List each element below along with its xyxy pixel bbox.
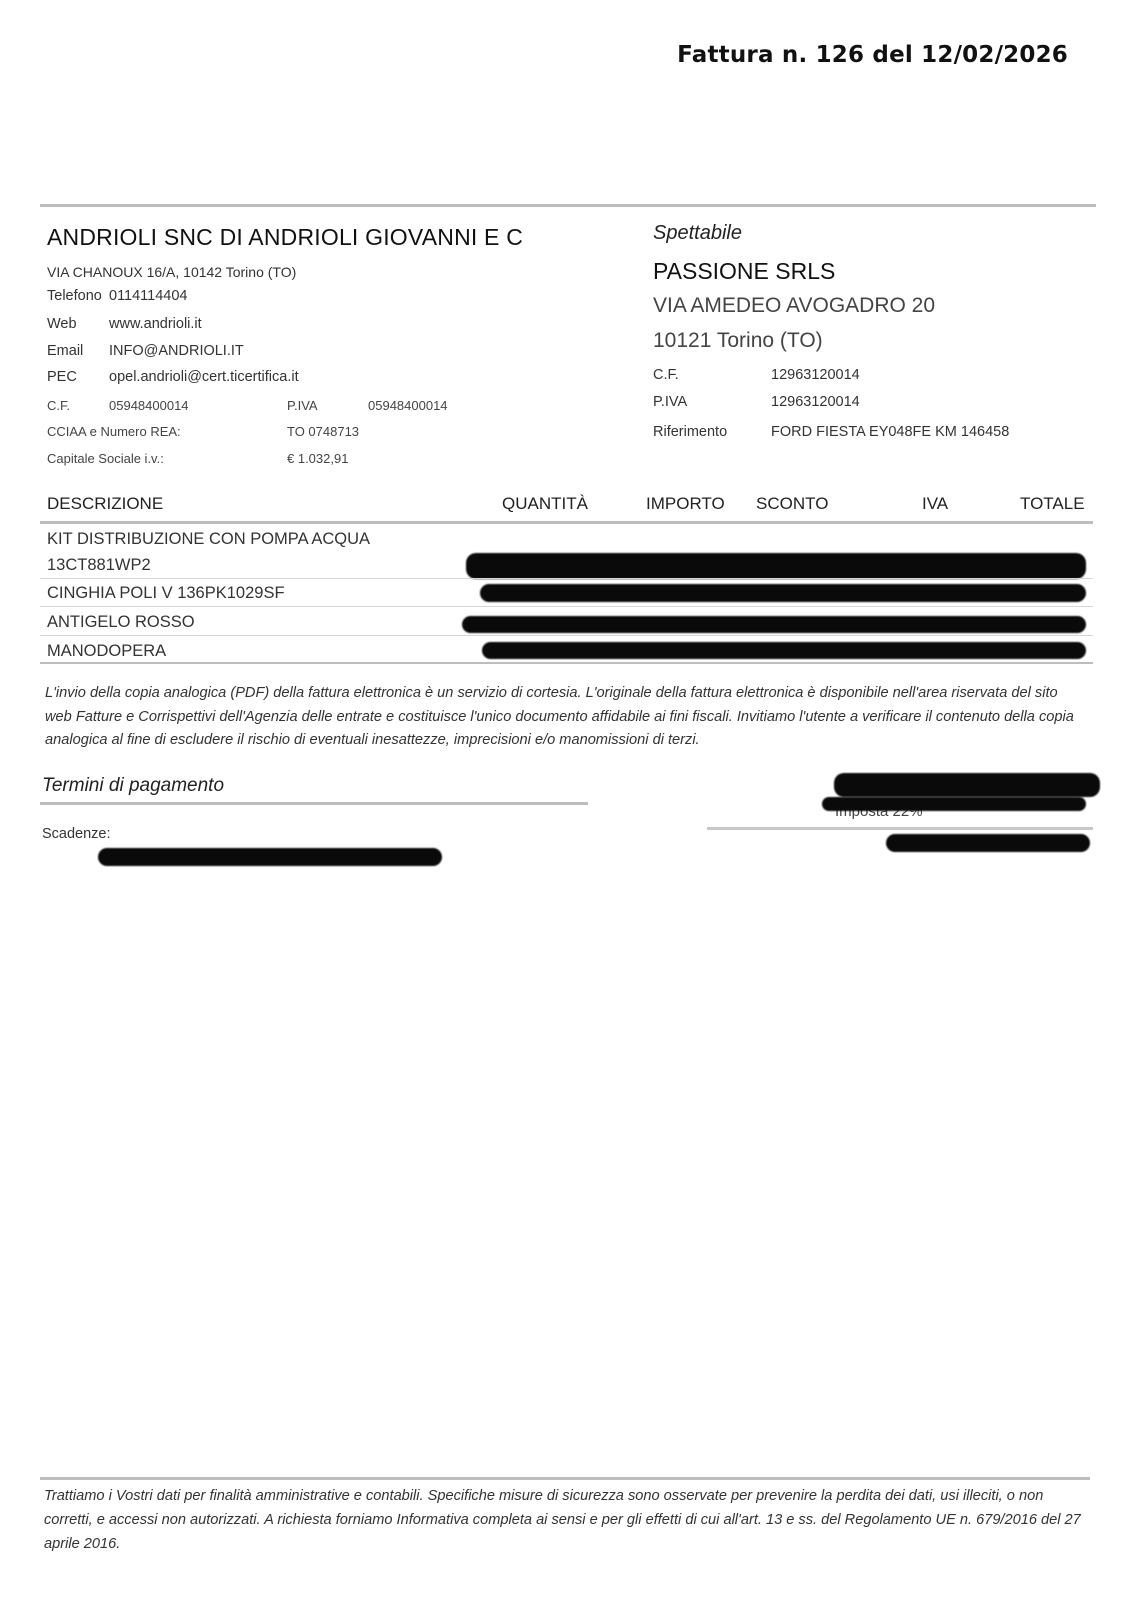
buyer-reference-row: RiferimentoFORD FIESTA EY048FE KM 146458 (653, 424, 1009, 440)
seller-email-label: Email (47, 343, 109, 359)
buyer-cf-label: C.F. (653, 367, 771, 383)
column-header-vat: IVA (922, 494, 948, 514)
buyer-cf-row: C.F.12963120014 (653, 367, 860, 383)
buyer-piva-label: P.IVA (653, 394, 771, 410)
redaction-mark (98, 848, 442, 866)
seller-piva-label: P.IVA (287, 398, 318, 413)
redaction-mark (462, 616, 1086, 633)
seller-piva: 05948400014 (368, 398, 448, 413)
table-bottom-divider (40, 662, 1093, 664)
seller-cf-label: C.F. (47, 398, 70, 413)
row-description: KIT DISTRIBUZIONE CON POMPA ACQUA (47, 530, 370, 549)
seller-pec-label: PEC (47, 369, 109, 385)
header-divider (40, 204, 1096, 207)
seller-pec-row: PECopel.andrioli@cert.ticertifica.it (47, 369, 299, 385)
seller-pec-link[interactable]: opel.andrioli@cert.ticertifica.it (109, 369, 299, 385)
buyer-reference: FORD FIESTA EY048FE KM 146458 (771, 424, 1009, 440)
footer-divider (40, 1477, 1090, 1480)
seller-capital: € 1.032,91 (287, 451, 348, 466)
seller-phone-row: Telefono0114114404 (47, 288, 188, 304)
redaction-mark (834, 773, 1100, 797)
column-header-discount: SCONTO (756, 494, 828, 514)
redaction-mark (480, 584, 1086, 602)
seller-phone-label: Telefono (47, 288, 109, 304)
redaction-mark (482, 642, 1086, 659)
redaction-mark (822, 797, 1086, 811)
seller-email-link[interactable]: INFO@ANDRIOLI.IT (109, 343, 244, 359)
seller-cf: 05948400014 (109, 398, 189, 413)
buyer-piva: 12963120014 (771, 394, 860, 410)
buyer-cf: 12963120014 (771, 367, 860, 383)
seller-web-label: Web (47, 316, 109, 332)
payment-terms-title: Termini di pagamento (42, 775, 224, 797)
buyer-reference-label: Riferimento (653, 424, 771, 440)
column-header-description: DESCRIZIONE (47, 494, 163, 514)
seller-address: VIA CHANOUX 16/A, 10142 Torino (TO) (47, 264, 296, 280)
seller-email-row: EmailINFO@ANDRIOLI.IT (47, 343, 244, 359)
row-divider (40, 606, 1093, 607)
seller-rea-label: CCIAA e Numero REA: (47, 424, 181, 439)
redaction-mark (886, 834, 1090, 852)
table-header-divider (40, 521, 1093, 524)
row-description: CINGHIA POLI V 136PK1029SF (47, 584, 285, 603)
privacy-notice: Trattiamo i Vostri dati per finalità amm… (44, 1484, 1089, 1556)
buyer-address-line1: VIA AMEDEO AVOGADRO 20 (653, 294, 935, 318)
seller-capital-label: Capitale Sociale i.v.: (47, 451, 164, 466)
row-divider (40, 578, 1093, 579)
seller-web-link[interactable]: www.andrioli.it (109, 316, 202, 332)
totals-divider (707, 827, 1093, 830)
seller-name: ANDRIOLI SNC DI ANDRIOLI GIOVANNI E C (47, 224, 523, 251)
column-header-amount: IMPORTO (646, 494, 725, 514)
invoice-title: Fattura n. 126 del 12/02/2026 (677, 42, 1068, 68)
buyer-name: PASSIONE SRLS (653, 258, 835, 285)
pdf-copy-disclaimer: L'invio della copia analogica (PDF) dell… (45, 682, 1085, 753)
row-divider (40, 635, 1093, 636)
due-dates-label: Scadenze: (42, 826, 111, 842)
row-description: ANTIGELO ROSSO (47, 613, 195, 632)
payment-terms-divider (40, 802, 588, 805)
column-header-quantity: QUANTITÀ (502, 494, 588, 514)
seller-web-row: Webwww.andrioli.it (47, 316, 202, 332)
column-header-total: TOTALE (1020, 494, 1085, 514)
redaction-mark (466, 553, 1086, 579)
seller-rea: TO 0748713 (287, 424, 359, 439)
buyer-greeting: Spettabile (653, 222, 742, 245)
row-description: MANODOPERA (47, 642, 166, 661)
seller-phone: 0114114404 (109, 288, 188, 304)
row-description-code: 13CT881WP2 (47, 556, 151, 575)
buyer-piva-row: P.IVA12963120014 (653, 394, 860, 410)
buyer-address-line2: 10121 Torino (TO) (653, 329, 823, 353)
